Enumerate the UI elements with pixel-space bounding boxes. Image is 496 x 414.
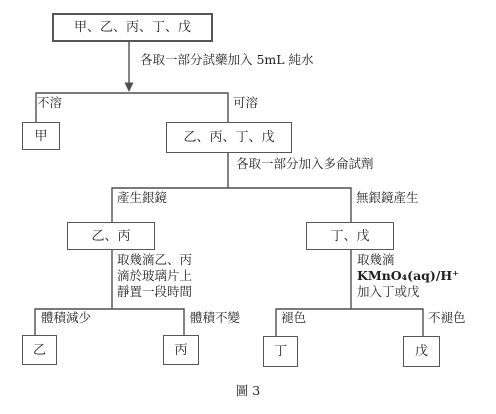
- note-glass-plate: 取幾滴乙、丙 滴於玻璃片上 靜置一段時間: [117, 252, 192, 300]
- label-soluble: 可溶: [233, 95, 258, 111]
- note-glass-plate-line2: 滴於玻璃片上: [117, 268, 192, 284]
- label-tollens-reagent: 各取一部分加入多侖試劑: [236, 156, 374, 172]
- node-ding-wu: 丁、戊: [306, 222, 394, 250]
- label-volume-unchanged: 體積不變: [190, 310, 240, 326]
- label-insoluble: 不溶: [37, 95, 62, 111]
- note-kmno4: 取幾滴 KMnO₄(aq)/H⁺ 加入丁或戊: [357, 252, 459, 300]
- label-not-decolorized: 不褪色: [428, 310, 466, 326]
- note-kmno4-formula: KMnO₄(aq)/H⁺: [357, 268, 459, 284]
- flowchart: 甲、乙、丙、丁、戊 甲 乙、丙、丁、戊 乙、丙 丁、戊 乙 丙 丁 戊 各取一部…: [0, 0, 496, 414]
- node-yi: 乙: [22, 335, 57, 365]
- label-silver-mirror: 產生銀鏡: [117, 190, 167, 206]
- label-add-water: 各取一部分試藥加入 5mL 純水: [140, 52, 314, 68]
- label-decolorized: 褪色: [281, 310, 306, 326]
- node-ding: 丁: [263, 336, 298, 367]
- node-wu: 戊: [403, 336, 440, 367]
- label-volume-decrease: 體積減少: [41, 310, 91, 326]
- node-soluble-group: 乙、丙、丁、戊: [166, 122, 292, 153]
- figure-caption: 圖 3: [0, 381, 496, 399]
- line-split-water: [36, 93, 228, 122]
- note-kmno4-line1: 取幾滴: [357, 252, 459, 268]
- node-yi-bing: 乙、丙: [67, 222, 155, 250]
- node-all-samples: 甲、乙、丙、丁、戊: [52, 13, 213, 42]
- note-glass-plate-line1: 取幾滴乙、丙: [117, 252, 192, 268]
- note-kmno4-line3: 加入丁或戊: [357, 284, 459, 300]
- node-jia: 甲: [22, 122, 60, 150]
- note-glass-plate-line3: 靜置一段時間: [117, 284, 192, 300]
- node-bing: 丙: [163, 335, 199, 365]
- arrowhead-icon: [125, 83, 134, 93]
- label-no-silver-mirror: 無銀鏡產生: [356, 190, 419, 206]
